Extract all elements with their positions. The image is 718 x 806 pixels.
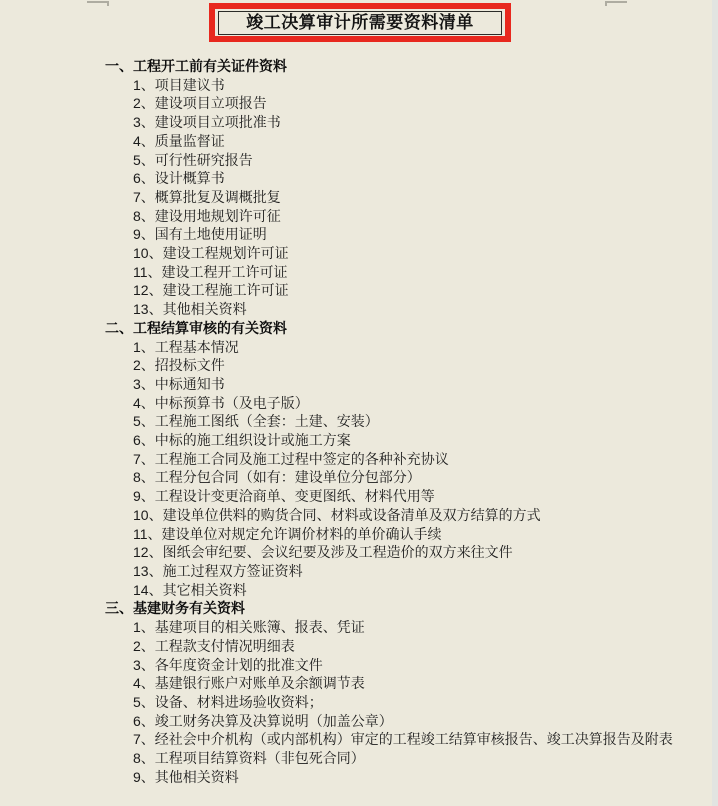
list-item: 9、其他相关资料 [100, 768, 694, 787]
list-item: 5、可行性研究报告 [100, 151, 694, 170]
section-heading: 一、工程开工前有关证件资料 [100, 57, 694, 76]
list-item: 9、国有土地使用证明 [100, 225, 694, 244]
list-item: 5、工程施工图纸（全套：土建、安装） [100, 412, 694, 431]
list-item: 6、中标的施工组织设计或施工方案 [100, 431, 694, 450]
list-item: 2、工程款支付情况明细表 [100, 637, 694, 656]
section-heading: 二、工程结算审核的有关资料 [100, 319, 694, 338]
list-item: 3、中标通知书 [100, 375, 694, 394]
list-item: 5、设备、材料进场验收资料； [100, 693, 694, 712]
section-pre-construction-certificates: 一、工程开工前有关证件资料 1、项目建议书 2、建设项目立项报告 3、建设项目立… [100, 57, 694, 319]
list-item: 3、各年度资金计划的批准文件 [100, 656, 694, 675]
section-capital-finance: 三、基建财务有关资料 1、基建项目的相关账簿、报表、凭证 2、工程款支付情况明细… [100, 599, 694, 786]
text-boundary-mark-right [605, 1, 627, 6]
page-title: 竣工决算审计所需要资料清单 [218, 11, 502, 35]
text-boundary-mark-left [87, 1, 109, 6]
list-item: 4、质量监督证 [100, 132, 694, 151]
list-item: 8、工程分包合同（如有：建设单位分包部分） [100, 468, 694, 487]
list-item: 13、其他相关资料 [100, 300, 694, 319]
title-highlight-box: 竣工决算审计所需要资料清单 [209, 3, 511, 42]
list-item: 7、概算批复及调概批复 [100, 188, 694, 207]
list-item: 1、基建项目的相关账簿、报表、凭证 [100, 618, 694, 637]
list-item: 7、工程施工合同及施工过程中签定的各种补充协议 [100, 450, 694, 469]
list-item: 1、工程基本情况 [100, 338, 694, 357]
list-item: 8、建设用地规划许可征 [100, 207, 694, 226]
section-settlement-review: 二、工程结算审核的有关资料 1、工程基本情况 2、招投标文件 3、中标通知书 4… [100, 319, 694, 600]
list-item: 14、其它相关资料 [100, 581, 694, 600]
document-page: 竣工决算审计所需要资料清单 一、工程开工前有关证件资料 1、项目建议书 2、建设… [0, 0, 718, 806]
section-heading: 三、基建财务有关资料 [100, 599, 694, 618]
list-item: 4、中标预算书（及电子版） [100, 394, 694, 413]
list-item: 10、建设单位供料的购货合同、材料或设备清单及双方结算的方式 [100, 506, 694, 525]
list-item: 6、设计概算书 [100, 169, 694, 188]
list-item: 7、经社会中介机构（或内部机构）审定的工程竣工结算审核报告、竣工决算报告及附表 [100, 730, 694, 749]
list-item: 3、建设项目立项批准书 [100, 113, 694, 132]
list-item: 6、竣工财务决算及决算说明（加盖公章） [100, 712, 694, 731]
list-item: 2、建设项目立项报告 [100, 94, 694, 113]
list-item: 2、招投标文件 [100, 356, 694, 375]
list-item: 13、施工过程双方签证资料 [100, 562, 694, 581]
list-item: 8、工程项目结算资料（非包死合同） [100, 749, 694, 768]
list-item: 12、图纸会审纪要、会议纪要及涉及工程造价的双方来往文件 [100, 543, 694, 562]
list-item: 11、建设单位对规定允许调价材料的单价确认手续 [100, 525, 694, 544]
list-item: 10、建设工程规划许可证 [100, 244, 694, 263]
list-item: 11、建设工程开工许可证 [100, 263, 694, 282]
document-body: 一、工程开工前有关证件资料 1、项目建议书 2、建设项目立项报告 3、建设项目立… [100, 57, 694, 786]
list-item: 1、项目建议书 [100, 76, 694, 95]
list-item: 4、基建银行账户对账单及余额调节表 [100, 674, 694, 693]
list-item: 12、建设工程施工许可证 [100, 281, 694, 300]
list-item: 9、工程设计变更洽商单、变更图纸、材料代用等 [100, 487, 694, 506]
page-edge-strip [712, 0, 718, 806]
